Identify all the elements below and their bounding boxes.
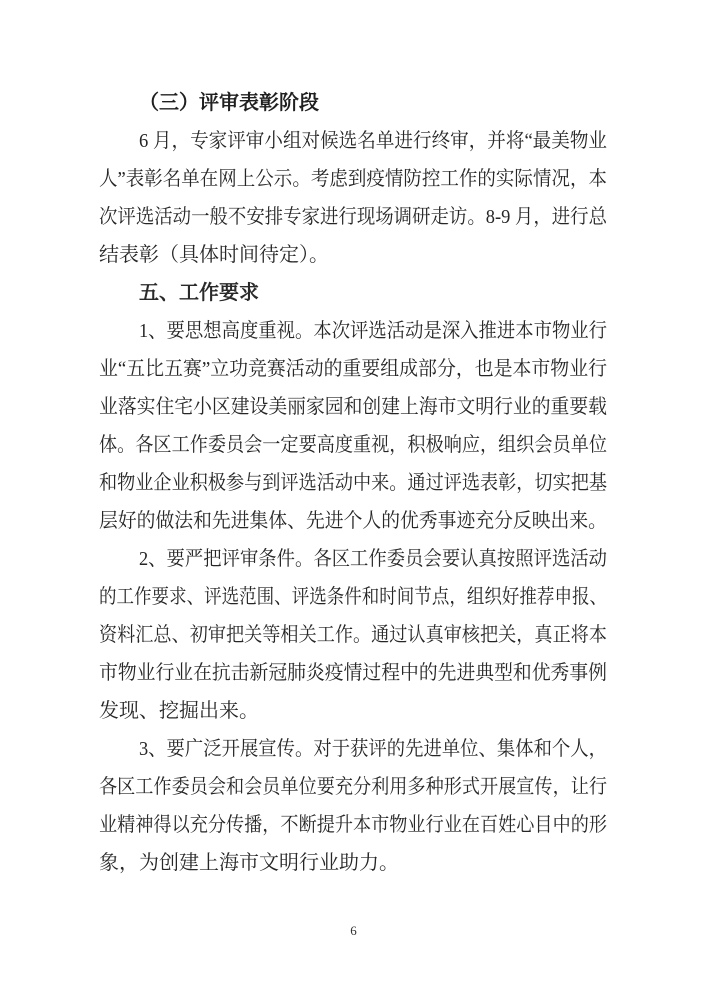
text-line: 2、要严把评审条件。各区工作委员会要认真按照评选活动 bbox=[99, 540, 607, 578]
text-line: 结表彰（具体时间待定）。 bbox=[99, 236, 607, 274]
document-page: （三）评审表彰阶段 6 月，专家评审小组对候选名单进行终审，并将“最美物业人”表… bbox=[0, 0, 707, 1000]
heading-work-requirements: 五、工作要求 bbox=[99, 274, 607, 312]
paragraph-requirement-3: 3、要广泛开展宣传。对于获评的先进单位、集体和个人，各区工作委员会和会员单位要充… bbox=[99, 730, 607, 882]
text-line: 次评选活动一般不安排专家进行现场调研走访。8-9 月，进行总 bbox=[99, 198, 607, 236]
text-line: 3、要广泛开展宣传。对于获评的先进单位、集体和个人， bbox=[99, 730, 607, 768]
text-line: 6 月，专家评审小组对候选名单进行终审，并将“最美物业 bbox=[99, 122, 607, 160]
text-line: 象，为创建上海市文明行业助力。 bbox=[99, 844, 607, 882]
text-line: 和物业企业积极参与到评选活动中来。通过评选表彰，切实把基 bbox=[99, 464, 607, 502]
text-line: 各区工作委员会和会员单位要充分利用多种形式开展宣传，让行 bbox=[99, 768, 607, 806]
text-line: 人”表彰名单在网上公示。考虑到疫情防控工作的实际情况，本 bbox=[99, 160, 607, 198]
text-line: 的工作要求、评选范围、评选条件和时间节点，组织好推荐申报、 bbox=[99, 578, 607, 616]
text-line: 业落实住宅小区建设美丽家园和创建上海市文明行业的重要载 bbox=[99, 388, 607, 426]
paragraph-requirement-2: 2、要严把评审条件。各区工作委员会要认真按照评选活动的工作要求、评选范围、评选条… bbox=[99, 540, 607, 730]
text-line: 1、要思想高度重视。本次评选活动是深入推进本市物业行 bbox=[99, 312, 607, 350]
document-body: （三）评审表彰阶段 6 月，专家评审小组对候选名单进行终审，并将“最美物业人”表… bbox=[99, 84, 607, 882]
text-line: 业“五比五赛”立功竞赛活动的重要组成部分，也是本市物业行 bbox=[99, 350, 607, 388]
paragraph-review-schedule: 6 月，专家评审小组对候选名单进行终审，并将“最美物业人”表彰名单在网上公示。考… bbox=[99, 122, 607, 274]
text-line: 市物业行业在抗击新冠肺炎疫情过程中的先进典型和优秀事例 bbox=[99, 654, 607, 692]
page-number: 6 bbox=[0, 921, 707, 941]
text-line: 体。各区工作委员会一定要高度重视，积极响应，组织会员单位 bbox=[99, 426, 607, 464]
heading-review-commendation-stage: （三）评审表彰阶段 bbox=[99, 84, 607, 122]
text-line: 发现、挖掘出来。 bbox=[99, 692, 607, 730]
paragraph-requirement-1: 1、要思想高度重视。本次评选活动是深入推进本市物业行业“五比五赛”立功竞赛活动的… bbox=[99, 312, 607, 540]
text-line: 资料汇总、初审把关等相关工作。通过认真审核把关，真正将本 bbox=[99, 616, 607, 654]
text-line: 层好的做法和先进集体、先进个人的优秀事迹充分反映出来。 bbox=[99, 502, 607, 540]
text-line: 业精神得以充分传播，不断提升本市物业行业在百姓心目中的形 bbox=[99, 806, 607, 844]
